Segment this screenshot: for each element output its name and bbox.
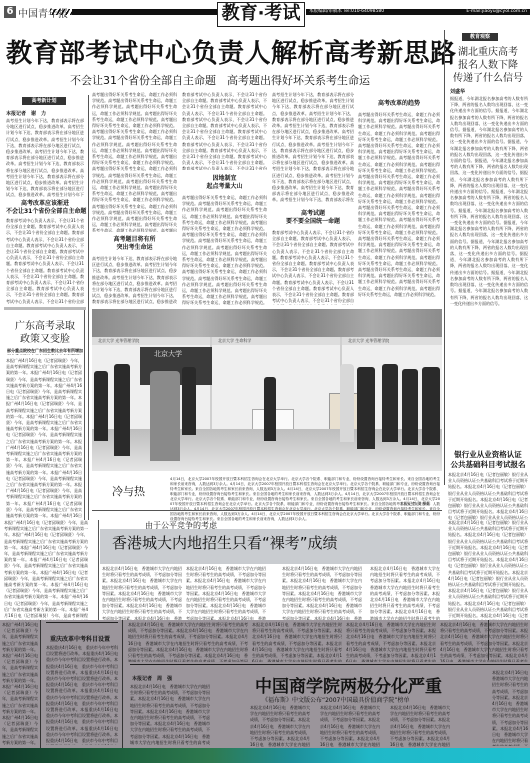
person-silhouette [422,367,440,445]
article-body: 本报北京4月16日电 香港城市大学在内地招生时将只看考生的高考成绩，不考虑加分等… [492,670,528,746]
byline: 刘盛华 [450,88,465,95]
article-body: 教育部考试中心负责人表示，不会让31个省份全部自主命题。教育部考试中心负责人表示… [272,230,354,305]
contact-bar: 本版编辑/审稿本 Tel:010-64098580 E-mail:jiaoyu@… [306,9,530,15]
sidebar-body: 据报道，今年湖北报名参加高考的人数有所下降，两省的报名人数均出现回落，这一变化传… [450,96,528,440]
article-body: 本报北京4月16日电 香港城市大学在内地招生时将只看考生的高考成绩，不考虑加分等… [282,566,362,620]
article-body: 本报北京4月16日电 香港城市大学在内地招生时将只看考生的高考成绩，不考虑加分等… [128,622,248,662]
column-divider [98,520,99,620]
article-body: 本报北京4月16日电 香港城市大学在内地招生时将只看考生的高考成绩，不考虑加分等… [250,705,310,747]
article-body: 高考招生计划今年下达，教育部表示将在部分地区进行试点，稳步推进改革。高考招生计划… [6,118,84,198]
column-divider [488,620,489,660]
sidebar-title: 湖北重庆高考 报名人数下降 传递了什么信号 [448,46,528,85]
article-body: 本报北京4月16日电 香港城市大学在内地招生时将只看考生的高考成绩，不考虑加分等… [252,622,342,662]
box-title: 重庆改革中考科目设置 [50,634,110,643]
article-body: 本报北京4月16日电 香港城市大学在内地招生时将只看考生的高考成绩，不考虑加分等… [320,705,380,747]
hatch-decoration [50,9,72,15]
lower-headline: 香港城大内地招生只看“裸考”成绩 [112,532,338,553]
divider [92,510,442,511]
article-body: 本报北京4月16日电 香港城市大学在内地招生时将只看考生的高考成绩，不考虑加分等… [186,566,266,620]
bottom-subhead: 《福布斯》中文版公布“2007中国最具价值商学院”榜单 [262,695,410,704]
column-divider [122,620,123,748]
page-number: 6 [4,6,16,18]
person-silhouette [182,367,196,435]
booth-label: 北京大学 光华管理学院 [348,338,389,344]
person-silhouette [150,371,180,461]
person-silhouette [402,369,418,445]
person-silhouette [357,367,375,449]
person-silhouette [94,371,108,441]
photo-credit: 本报记者 贺 摄影 [400,501,431,507]
divider [4,307,86,310]
scan-artifact [0,748,530,763]
byline: 本报记者 周 强 [132,675,172,682]
article-body: 本报北京4月16日电 香港城市大学在内地招生时将只看考生的高考成绩，不考虑加分等… [370,566,440,620]
lead-headline: 教育部考试中心负责人解析高考新思路 [6,38,436,70]
column-divider [444,30,445,485]
editor-line: 本版编辑/审稿本 Tel:010-64098580 [306,9,387,15]
article-subheading: 高考题目将有所 突出考生命运 [92,236,177,252]
article-subheading: 高考改革的趋势 [358,100,440,108]
photo-caption: 4月14日，北京大学2007年校园开放日暨本科招生咨询会在北京大学举行。北京大学… [170,477,440,522]
box-subtitle: 部分重点院校在广东招生数比去年有所增加部分重点院校在广东招生数比去年有所增加部分… [6,348,84,355]
news-photo: 北京大学 光华管理学院 北京大学 生命科学 北京大学 光华管理学院 北京大学 [92,309,442,471]
bottom-headline: 中国商学院两极分化严重 [255,672,442,697]
divider [46,622,118,623]
article-body: 本报北京4月16日电 香港城市大学在内地招生时将只看考生的高考成绩，不考虑加分等… [102,566,182,620]
article-body: 高考题出得好坏关系考生命运，命题工作必须科学规范。高考题出得好坏关系考生命运，命… [358,112,440,305]
box-border [84,310,85,520]
article-body: 高考题出得好坏关系考生命运，命题工作必须科学规范。高考题出得好坏关系考生命运，命… [182,195,267,305]
article-body: 本报北京4月16日电 香港城市大学在内地招生时将只看考生的高考成绩，不考虑加分等… [130,684,210,746]
article-body: 教育部考试中心负责人表示，不会让31个省份全部自主命题。教育部考试中心负责人表示… [6,218,84,304]
booth-label: 北京大学 生命科学 [218,338,251,344]
email-line: E-mail:jiaoyu@cyol.com.cn [463,9,530,15]
person-silhouette [114,364,130,456]
byline: 本报记者 谢 力 [6,110,46,117]
article-body: 本报北京4月16日电（记者包丽敏）银行业从业人员资格认证公共基础科目考试将于近期… [448,520,528,620]
photo-caption-title: 冷与热 [112,483,145,499]
article-subheading: 高考改革应该渐进 不会让31个省份全部自主命题 [6,200,84,216]
article-body: 本报北京4月16日电 香港城市大学在内地招生时将只看考生的高考成绩，不考虑加分等… [440,622,528,662]
divider [130,664,530,665]
article-body: 高考招生计划今年下达，教育部表示将在部分地区进行试点，稳步推进改革。高考招生计划… [92,256,177,306]
column-tag: 高考新计划 [22,97,66,105]
article-body: 高考招生计划今年下达，教育部表示将在部分地区进行试点，稳步推进改革。高考招生计划… [272,92,354,202]
article-body: 本报北京4月16日电 香港城市大学在内地招生时将只看考生的高考成绩，不考虑加分等… [346,622,436,662]
box-title: 广东高考录取 政策又变脸 [6,320,84,346]
photo-trees [92,309,442,337]
issue-date: 2007年4月17日 星期二 [72,21,123,26]
person-silhouette [340,364,354,442]
column-divider [40,620,41,748]
box-body: 本报重庆4月16日电 重庆市今年中考科目设置将进行改革。本报重庆4月16日电 重… [46,645,118,745]
box-body: 本报广州4月16日电（记者邱瑞贤）今年，是高考新课程实施之后广东省实施高考新方案… [6,358,82,518]
person-silhouette [382,364,398,442]
sidebar-title: 银行业从业资格认证 公共基础科目考试报名 [446,450,530,470]
masthead: 6 中国青年报 2007年4月17日 星期二 教育·考试 本版编辑/审稿本 Te… [0,0,530,30]
article-body: 高考题出得好坏关系考生命运，命题工作必须科学规范。高考题出得好坏关系考生命运，命… [92,92,177,232]
article-subheading: 高考试题 要不要全国统一命题 [272,210,354,226]
article-body: 本报广州4月16日电（记者邱瑞贤）今年，是高考新课程实施之后广东省实施高考新方案… [2,622,38,746]
sidebar-body: 本报北京4月16日电（记者包丽敏）银行业从业人员资格认证公共基础科目考试将于近期… [448,472,528,522]
column-divider [88,95,89,520]
booth-label: 北京大学 光华管理学院 [98,338,139,344]
article-subheading: 因地制宜 起点考量大山 [182,175,267,191]
article-body: 本报北京4月16日电 香港城市大学在内地招生时将只看考生的高考成绩，不考虑加分等… [390,705,450,747]
person-silhouette [264,377,276,441]
article-body: 本报广州4月16日电（记者邱瑞贤）今年，是高考新课程实施之后广东省实施高考新方案… [4,520,88,620]
date-bar: 2007年4月17日 星期二 [72,9,218,15]
article-body: 教育部考试中心负责人表示，不会让31个省份全部自主命题。教育部考试中心负责人表示… [182,92,267,170]
section-title: 教育·考试 [217,2,305,27]
lead-subhead: 不会让31个省份全部自主命题 高考题出得好坏关系考生命运 [50,74,390,87]
column-tag: 教育观察 [462,33,498,41]
